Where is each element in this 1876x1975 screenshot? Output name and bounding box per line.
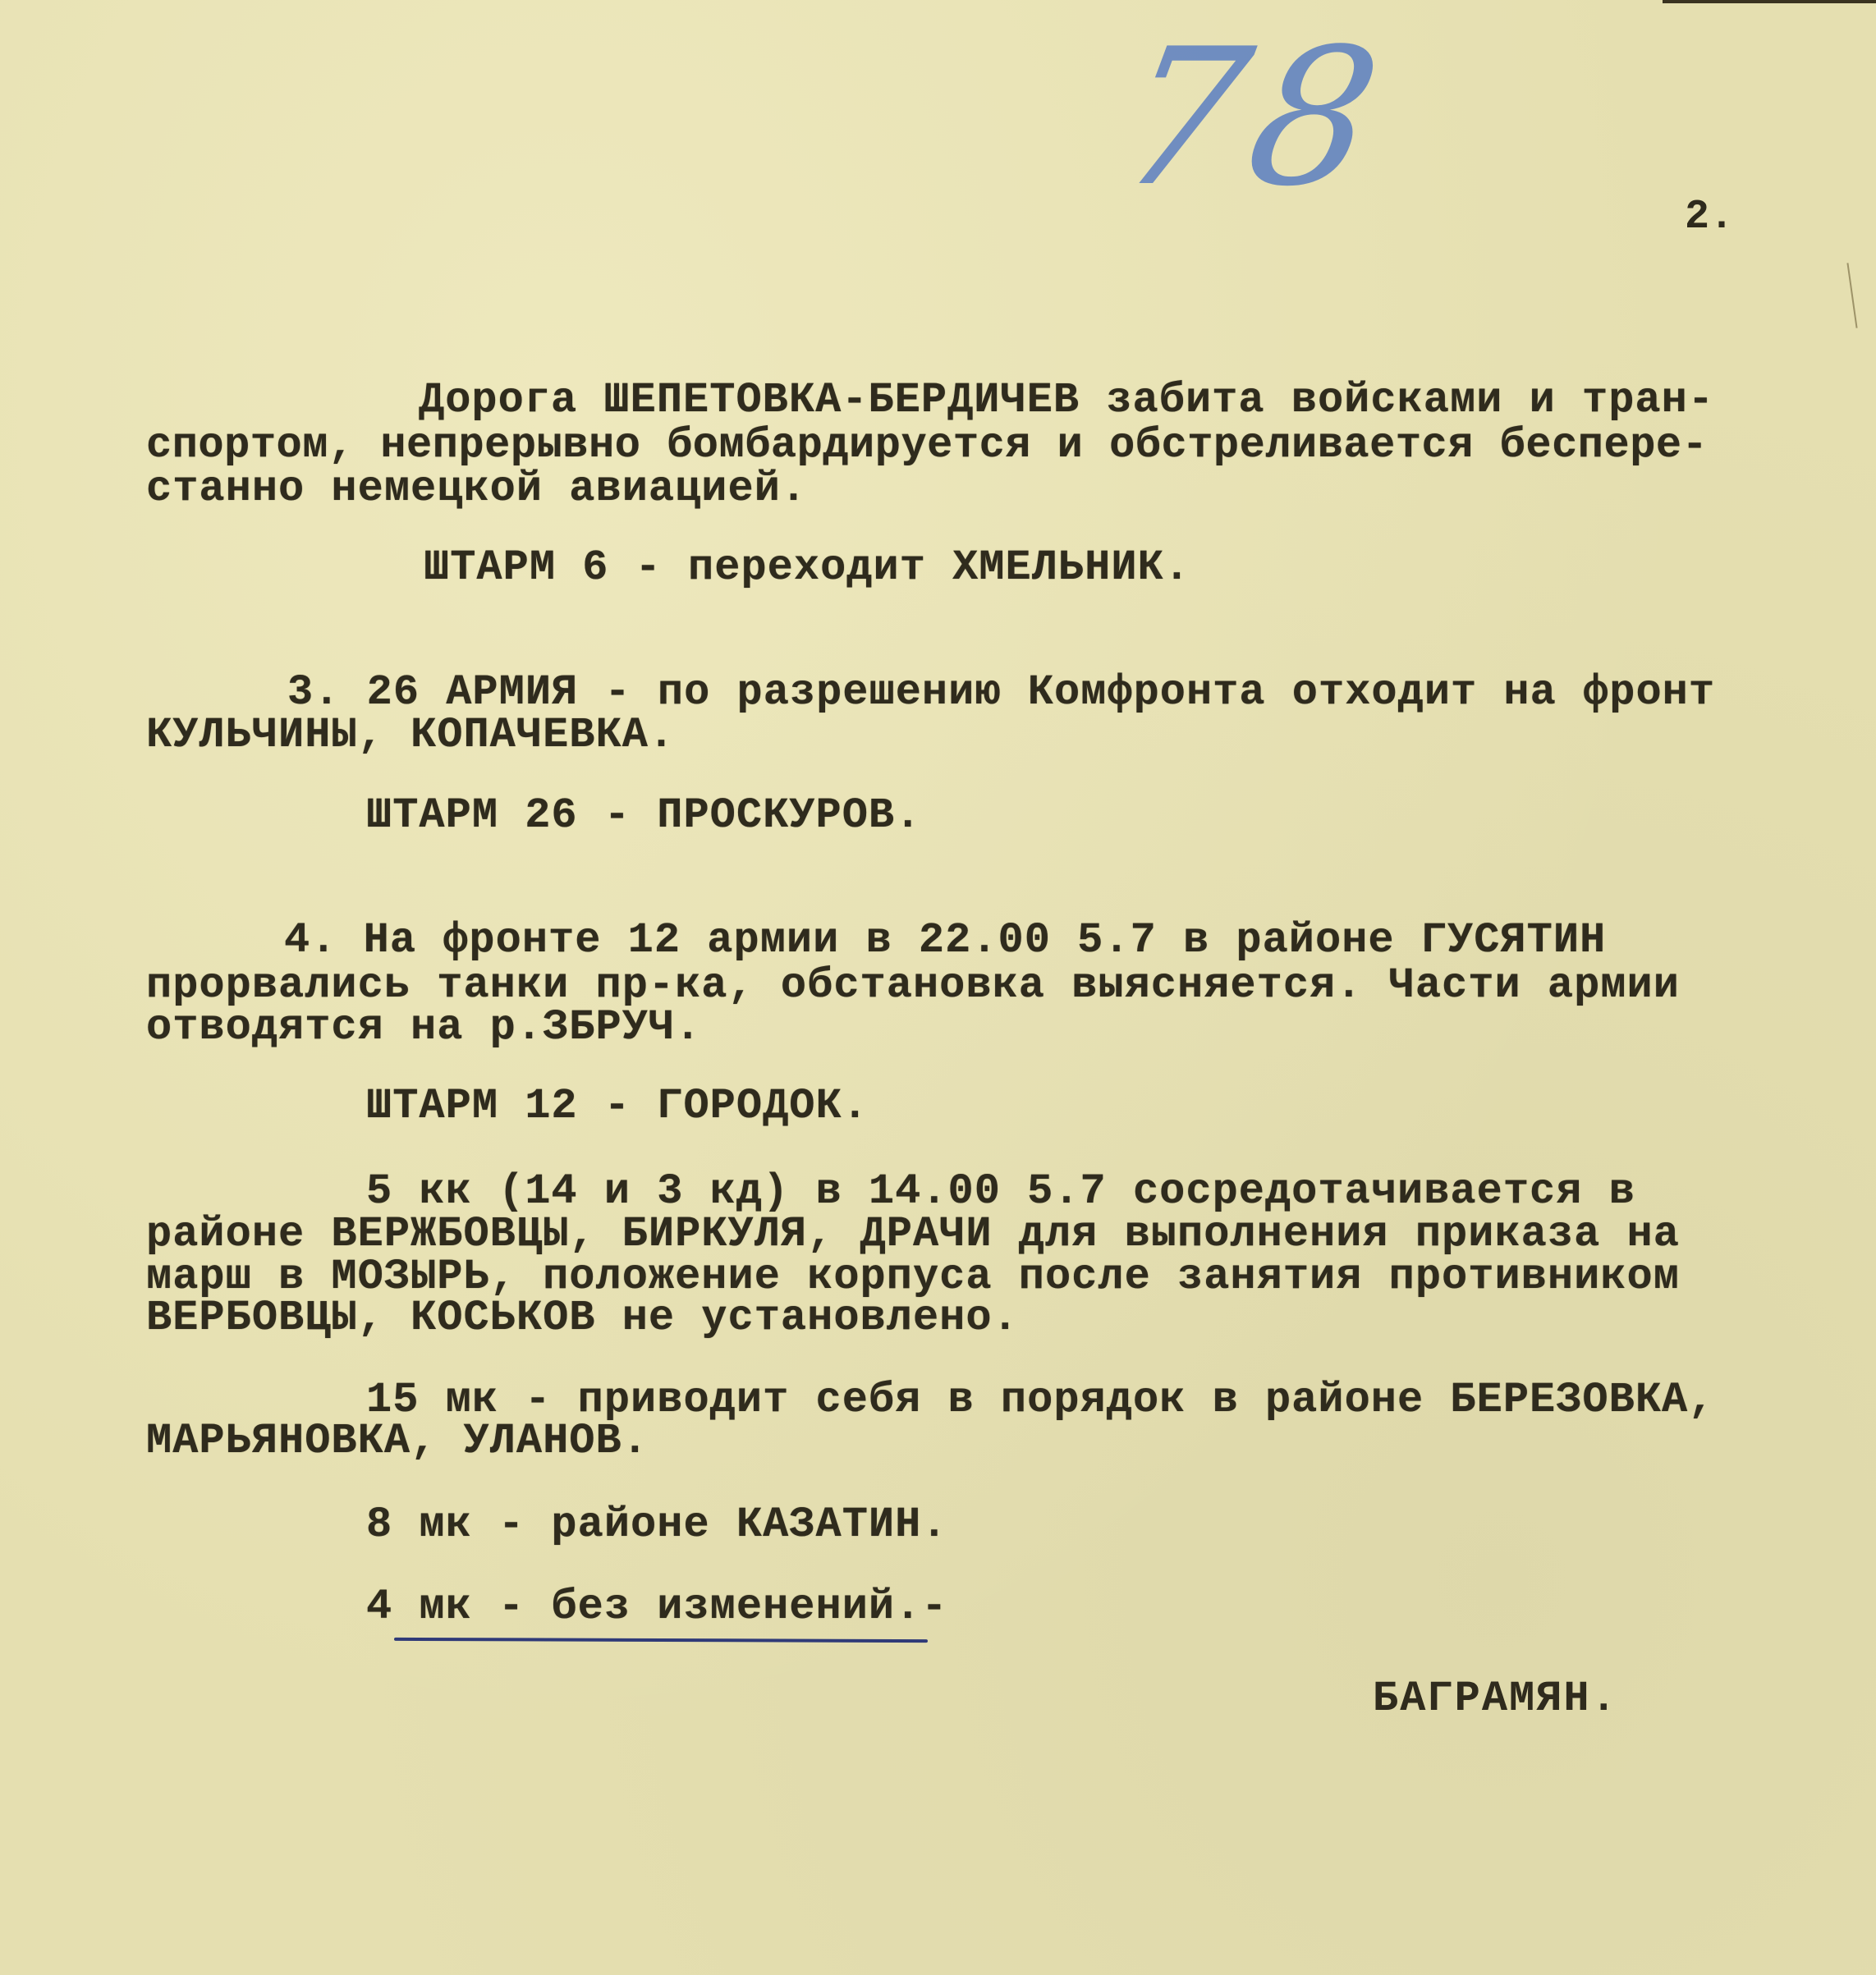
text-line: ШТАРМ 12 - ГОРОДОК.	[366, 1085, 869, 1128]
handwritten-underline	[394, 1638, 928, 1643]
document-page: 78 2. Дорога ШЕПЕТОВКА-БЕРДИЧЕВ забита в…	[0, 0, 1876, 1975]
text-line: отводятся на р.ЗБРУЧ.	[146, 1006, 701, 1049]
signature: БАГРАМЯН.	[1373, 1675, 1618, 1723]
page-edge-shadow	[1663, 0, 1876, 3]
text-line: Дорога ШЕПЕТОВКА-БЕРДИЧЕВ забита войскам…	[419, 379, 1714, 422]
text-line: марш в МОЗЫРЬ, положение корпуса после з…	[146, 1256, 1680, 1299]
text-line: КУЛЬЧИНЫ, КОПАЧЕВКА.	[146, 714, 675, 757]
text-line: 4 мк - без изменений.-	[366, 1586, 948, 1629]
text-line: МАРЬЯНОВКА, УЛАНОВ.	[146, 1420, 649, 1463]
text-line: прорвались танки пр-ка, обстановка выясн…	[146, 965, 1680, 1007]
text-line: 15 мк - приводит себя в порядок в районе…	[366, 1379, 1714, 1422]
text-line: 5 кк (14 и 3 кд) в 14.00 5.7 сосредотачи…	[366, 1171, 1635, 1213]
text-line: ШТАРМ 6 - переходит ХМЕЛЬНИК.	[424, 547, 1190, 589]
text-line: 4. На фронте 12 армии в 22.00 5.7 в райо…	[284, 919, 1606, 962]
text-line: ВЕРБОВЦЫ, КОСЬКОВ не установлено.	[146, 1297, 1019, 1340]
page-number: 2.	[1685, 194, 1734, 241]
text-line: станно немецкой авиацией.	[146, 468, 807, 511]
text-line: спортом, непрерывно бомбардируется и обс…	[146, 424, 1708, 467]
text-line: ШТАРМ 26 - ПРОСКУРОВ.	[366, 795, 921, 837]
text-line: районе ВЕРЖБОВЦЫ, БИРКУЛЯ, ДРАЧИ для вып…	[146, 1213, 1680, 1256]
paper-crease	[1846, 263, 1857, 328]
text-line: 3. 26 АРМИЯ - по разрешению Комфронта от…	[287, 671, 1715, 714]
text-line: 8 мк - районе КАЗАТИН.	[366, 1504, 948, 1547]
archive-sheet-number: 78	[1108, 25, 1398, 213]
